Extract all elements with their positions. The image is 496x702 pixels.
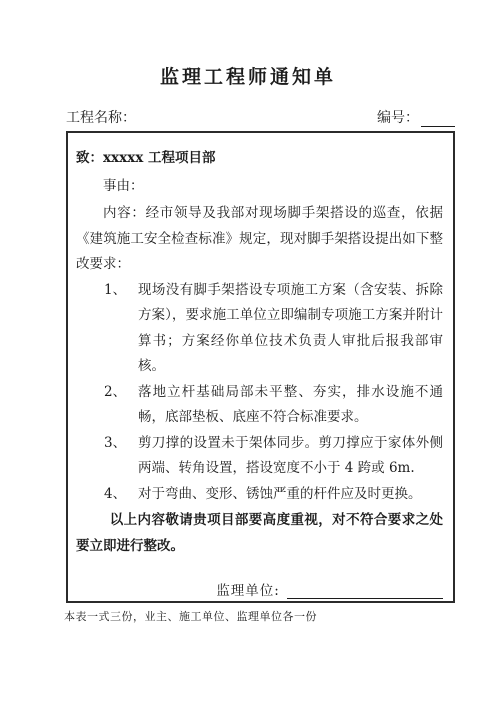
signature-row-supervision-unit: 监理单位: (76, 566, 443, 599)
document-title: 监理工程师通知单 (0, 62, 496, 89)
number-field: 编号： (377, 107, 455, 127)
rectification-item: 4、 对于弯曲、变形、锈蚀严重的杆件应及时更换。 (76, 482, 443, 508)
item-text: 剪刀撑的设置未于架体同步。剪刀撑应于家体外侧两端、转角设置，搭设宽度不小于 4 … (138, 435, 443, 477)
project-name-label: 工程名称： (66, 107, 136, 127)
subject-line: 事由： (76, 173, 443, 199)
recipient-value: xxxxx 工程项目部 (103, 150, 215, 166)
notice-body-box: 致：xxxxx 工程项目部 事由： 内容：经市领导及我部对现场脚手架搭设的巡查，… (66, 131, 455, 603)
rectification-item: 2、 落地立杆基础局部未平整、夯实，排水设施不通畅，底部垫板、底座不符合标准要求… (76, 380, 443, 431)
supervision-unit-blank-line (287, 582, 443, 599)
recipient-label: 致： (76, 150, 103, 166)
rectification-item: 3、 剪刀撑的设置未于架体同步。剪刀撑应于家体外侧两端、转角设置，搭设宽度不小于… (76, 431, 443, 482)
item-number: 2、 (104, 380, 126, 406)
number-blank-line (421, 112, 455, 127)
content-paragraph: 内容：经市领导及我部对现场脚手架搭设的巡查，依据《建筑施工安全检查标准》规定，现… (76, 201, 443, 278)
distribution-note: 本表一式三份，业主、施工单位、监理单位各一份 (64, 608, 456, 624)
rectification-item: 1、 现场没有脚手架搭设专项施工方案（含安装、拆除方案），要求施工单位立即编制专… (76, 278, 443, 380)
signature-block: 监理单位: 总/专业监理工程师: 日 期: (76, 566, 443, 603)
item-number: 3、 (104, 431, 126, 457)
supervision-unit-label: 监理单位: (76, 579, 280, 599)
item-text: 落地立杆基础局部未平整、夯实，排水设施不通畅，底部垫板、底座不符合标准要求。 (138, 384, 443, 426)
recipient-line: 致：xxxxx 工程项目部 (76, 145, 443, 171)
item-number: 4、 (104, 482, 126, 508)
item-number: 1、 (104, 278, 126, 304)
item-text: 对于弯曲、变形、锈蚀严重的杆件应及时更换。 (138, 486, 422, 502)
signature-row-chief-engineer: 总/专业监理工程师: (76, 599, 443, 603)
number-label: 编号： (377, 107, 419, 127)
closing-statement: 以上内容敬请贵项目部要高度重视，对不符合要求之处要立即进行整改。 (76, 508, 443, 559)
item-text: 现场没有脚手架搭设专项施工方案（含安装、拆除方案），要求施工单位立即编制专项施工… (138, 282, 443, 375)
header-row: 工程名称： 编号： (66, 107, 455, 127)
